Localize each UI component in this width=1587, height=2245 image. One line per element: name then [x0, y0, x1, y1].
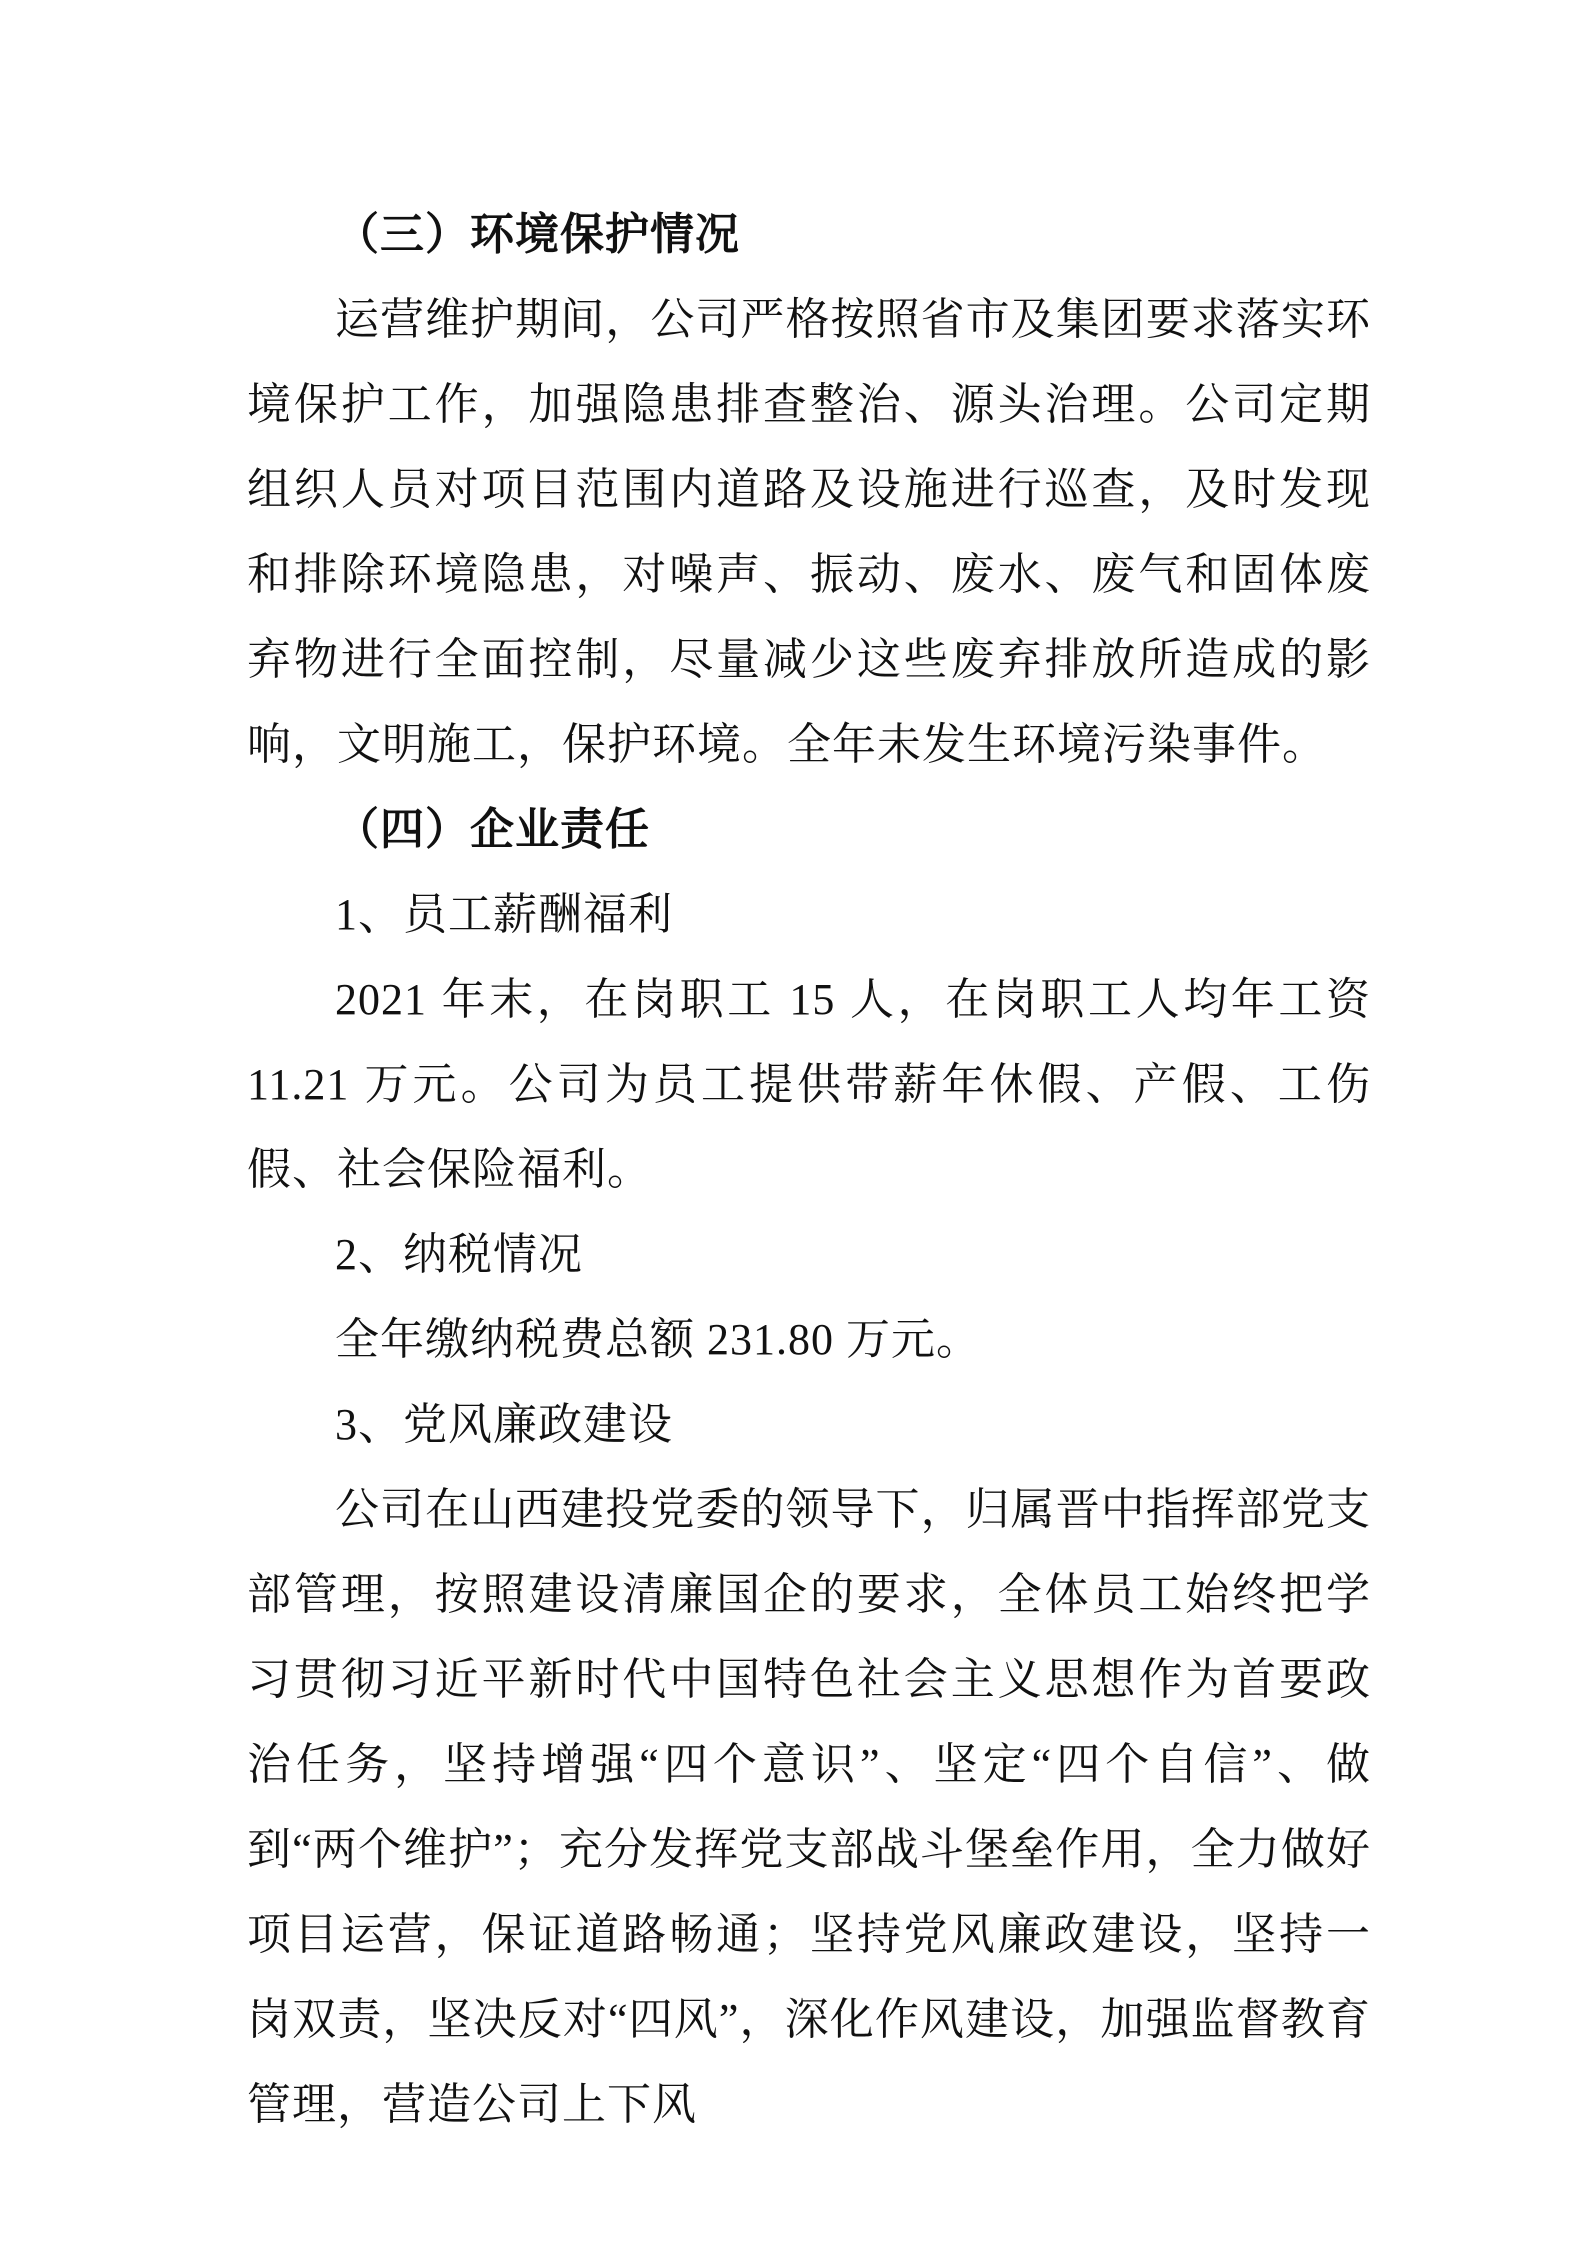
document-body: （三）环境保护情况 运营维护期间，公司严格按照省市及集团要求落实环境保护工作，加…: [247, 192, 1371, 2147]
paragraph-party-conduct: 公司在山西建投党委的领导下，归属晋中指挥部党支部管理，按照建设清廉国企的要求，全…: [247, 1467, 1371, 2147]
paragraph-environment-protection: 运营维护期间，公司严格按照省市及集团要求落实环境保护工作，加强隐患排查整治、源头…: [247, 277, 1371, 787]
subheading-party-conduct: 3、党风廉政建设: [247, 1382, 1371, 1467]
section-heading-environment: （三）环境保护情况: [247, 192, 1371, 277]
subheading-tax-payment: 2、纳税情况: [247, 1212, 1371, 1297]
section-heading-corporate-responsibility: （四）企业责任: [247, 787, 1371, 872]
paragraph-tax-payment: 全年缴纳税费总额 231.80 万元。: [247, 1297, 1371, 1382]
paragraph-employee-benefits: 2021 年末，在岗职工 15 人，在岗职工人均年工资 11.21 万元。公司为…: [247, 957, 1371, 1212]
subheading-employee-benefits: 1、员工薪酬福利: [247, 872, 1371, 957]
document-page: （三）环境保护情况 运营维护期间，公司严格按照省市及集团要求落实环境保护工作，加…: [0, 0, 1587, 2245]
